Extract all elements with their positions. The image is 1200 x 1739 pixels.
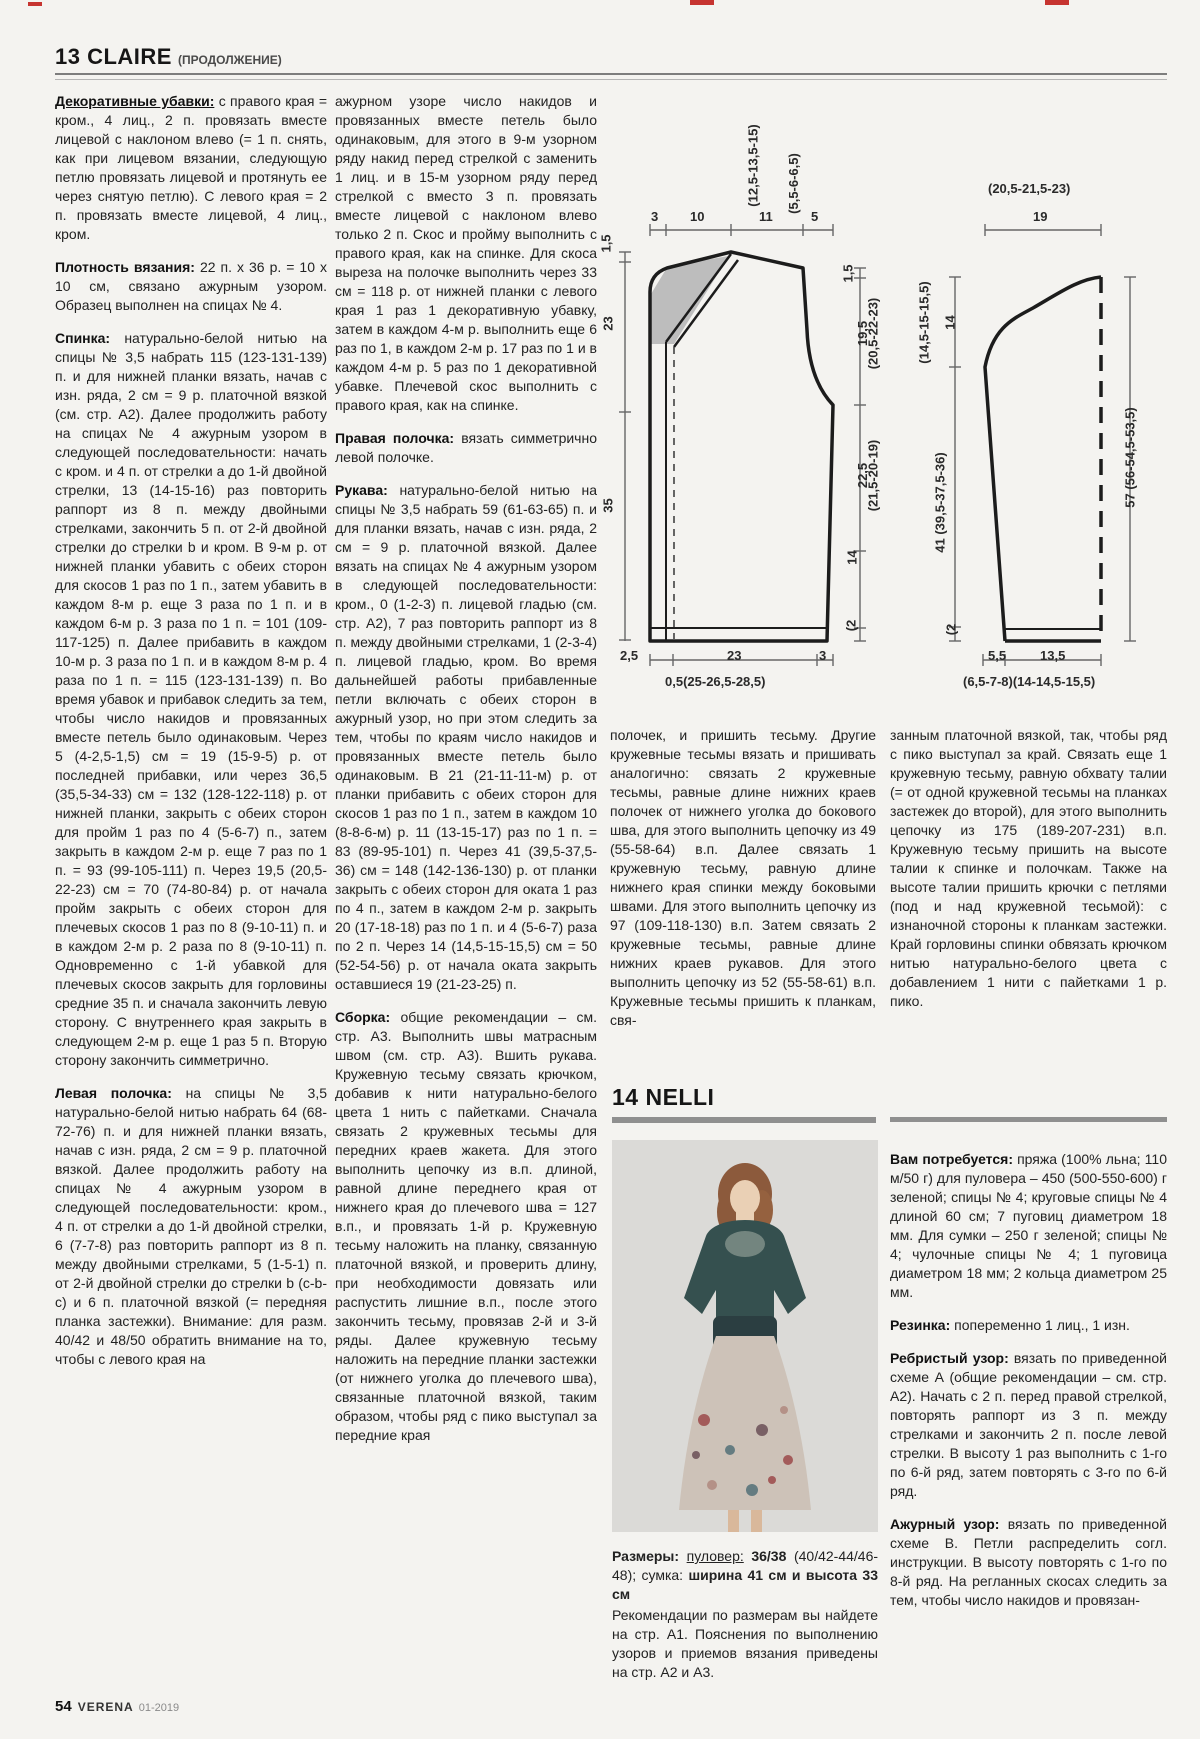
red-mark [690, 0, 714, 5]
paragraph: Ребристый узор: вязать по приведенной сх… [890, 1349, 1167, 1501]
nelli-sizes-block: Размеры: пуловер: 36/38 (40/42-44/46-48)… [612, 1547, 878, 1682]
paragraph-text: на спицы № 3,5 натурально-белой нитью на… [55, 1085, 327, 1367]
dimension-label: (2 [943, 624, 958, 636]
model-photo [612, 1140, 878, 1532]
dimension-label: (21,5-20-19) [865, 440, 880, 512]
section-title: 13 CLAIRE [55, 44, 172, 69]
dimension-label: 35 [601, 498, 616, 512]
dimension-label: 14 [943, 315, 958, 329]
paragraph-lead: Декоративные убавки: [55, 93, 214, 109]
paragraph-text: занным платочной вязкой, так, чтобы ряд … [890, 727, 1167, 1009]
dimension-label: 1,5 [841, 264, 856, 282]
text-column-1: Декоративные убавки: с правого края = кр… [55, 92, 327, 1692]
page-number: 54 [55, 1698, 72, 1715]
magazine-name: VERENA [78, 1700, 134, 1714]
dimension-label: 3 [651, 209, 658, 224]
sizes-line: Размеры: пуловер: 36/38 (40/42-44/46-48)… [612, 1547, 878, 1604]
dimension-label: 11 [759, 209, 773, 224]
paragraph-lead: Ажурный узор: [890, 1516, 999, 1532]
paragraph-lead: Сборка: [335, 1009, 390, 1025]
text-column-4-top: занным платочной вязкой, так, чтобы ряд … [890, 726, 1167, 1106]
dimension-label: (14,5-15-15,5) [917, 281, 932, 363]
paragraph-text: пряжа (100% льна; 110 м/50 г) для пулове… [890, 1151, 1167, 1300]
paragraph-lead: Левая полочка: [55, 1085, 172, 1101]
paragraph: Левая полочка: на спицы № 3,5 натурально… [55, 1084, 327, 1369]
dimension-label: (6,5-7-8)(14-14,5-15,5) [963, 674, 1095, 689]
sizes-note: Рекомендации по размерам вы найдете на с… [612, 1606, 878, 1682]
paragraph-text: вязать по приведенной схеме А (общие рек… [890, 1350, 1167, 1499]
paragraph: Плотность вязания: 22 п. х 36 р. = 10 х … [55, 258, 327, 315]
sleeve-outline [985, 277, 1101, 641]
dimension-label: 0,5(25-26,5-28,5) [665, 674, 765, 689]
nelli-header-rule [612, 1117, 876, 1123]
magazine-page: 13 CLAIRE(ПРОДОЛЖЕНИЕ) Декоративные убав… [0, 0, 1200, 1739]
column4-divider-rule [890, 1117, 1167, 1122]
dimension-label: 5 [811, 209, 818, 224]
dimension-label: 1,5 [599, 234, 614, 252]
dimension-label: 23 [601, 316, 616, 330]
dimension-label: 41 (39,5-37,5-36) [933, 452, 948, 552]
paragraph-text: натурально-белой нитью на спицы № 3,5 на… [55, 330, 327, 1068]
paragraph-lead: Плотность вязания: [55, 259, 195, 275]
issue-number: 01-2019 [139, 1702, 179, 1714]
paragraph: Резинка: попеременно 1 лиц., 1 изн. [890, 1316, 1167, 1335]
dimension-label: (12,5-13,5-15) [746, 124, 761, 206]
sizes-lead: Размеры: [612, 1548, 679, 1564]
section-subtitle: (ПРОДОЛЖЕНИЕ) [178, 53, 282, 67]
paragraph-text: полочек, и пришить тесьму. Другие кружев… [610, 727, 876, 1028]
dimension-label: 5,5 [988, 648, 1006, 663]
red-mark [1045, 0, 1069, 5]
paragraph-text: с правого края = кром., 4 лиц., 2 п. про… [55, 93, 327, 242]
paragraph-text: общие рекомендации – см. стр. А3. Выполн… [335, 1009, 597, 1443]
dimension-label: 19 [1033, 209, 1047, 224]
paragraph-lead: Вам потребуется: [890, 1151, 1013, 1167]
text-column-3: полочек, и пришить тесьму. Другие кружев… [610, 726, 876, 1078]
sizes-pullover-value: 36/38 [751, 1548, 786, 1564]
dimension-label: 2,5 [620, 648, 638, 663]
paragraph: занным платочной вязкой, так, чтобы ряд … [890, 726, 1167, 1011]
paragraph: Сборка: общие рекомендации – см. стр. А3… [335, 1008, 597, 1445]
paragraph-text: попеременно 1 лиц., 1 изн. [954, 1317, 1130, 1333]
dimension-lines [949, 224, 1136, 666]
paragraph-lead: Спинка: [55, 330, 110, 346]
paragraph: Спинка: натурально-белой нитью на спицы … [55, 329, 327, 1070]
sizes-pullover-label: пуловер: [687, 1548, 744, 1564]
paragraph-lead: Резинка: [890, 1317, 950, 1333]
dimension-label: (20,5-21,5-23) [988, 181, 1070, 196]
paragraph: Вам потребуется: пряжа (100% льна; 110 м… [890, 1150, 1167, 1302]
model-photo-image [612, 1140, 878, 1532]
dimension-label: 3 [819, 648, 826, 663]
knitting-schematics: (12,5-13,5-15) (5,5-6-6,5) 3 10 11 5 1,5… [545, 78, 1200, 728]
paragraph-lead: Ребристый узор: [890, 1350, 1009, 1366]
paragraph: полочек, и пришить тесьму. Другие кружев… [610, 726, 876, 1030]
dimension-label: 23 [727, 648, 741, 663]
paragraph: Декоративные убавки: с правого края = кр… [55, 92, 327, 244]
dimension-label: (2 [843, 620, 858, 632]
dimension-label: 10 [690, 209, 704, 224]
paragraph-lead: Рукава: [335, 482, 388, 498]
paragraph: Ажурный узор: вязать по приведенной схем… [890, 1515, 1167, 1610]
dimension-label: (5,5-6-6,5) [786, 153, 801, 214]
schematic-drawing [545, 78, 1200, 728]
page-footer: 54VERENA01-2019 [55, 1698, 179, 1715]
dimension-label: 13,5 [1040, 648, 1065, 663]
section-header-claire: 13 CLAIRE(ПРОДОЛЖЕНИЕ) [55, 44, 282, 70]
dimension-label: (20,5-22-23) [865, 298, 880, 370]
red-mark [28, 2, 42, 6]
dimension-label: 57 (56-54,5-53,5) [1123, 407, 1138, 507]
paragraph-lead: Правая полочка: [335, 430, 454, 446]
section-header-nelli: 14 NELLI [612, 1084, 714, 1111]
text-column-4-bottom: Вам потребуется: пряжа (100% льна; 110 м… [890, 1150, 1167, 1702]
dimension-label: 14 [845, 550, 860, 564]
